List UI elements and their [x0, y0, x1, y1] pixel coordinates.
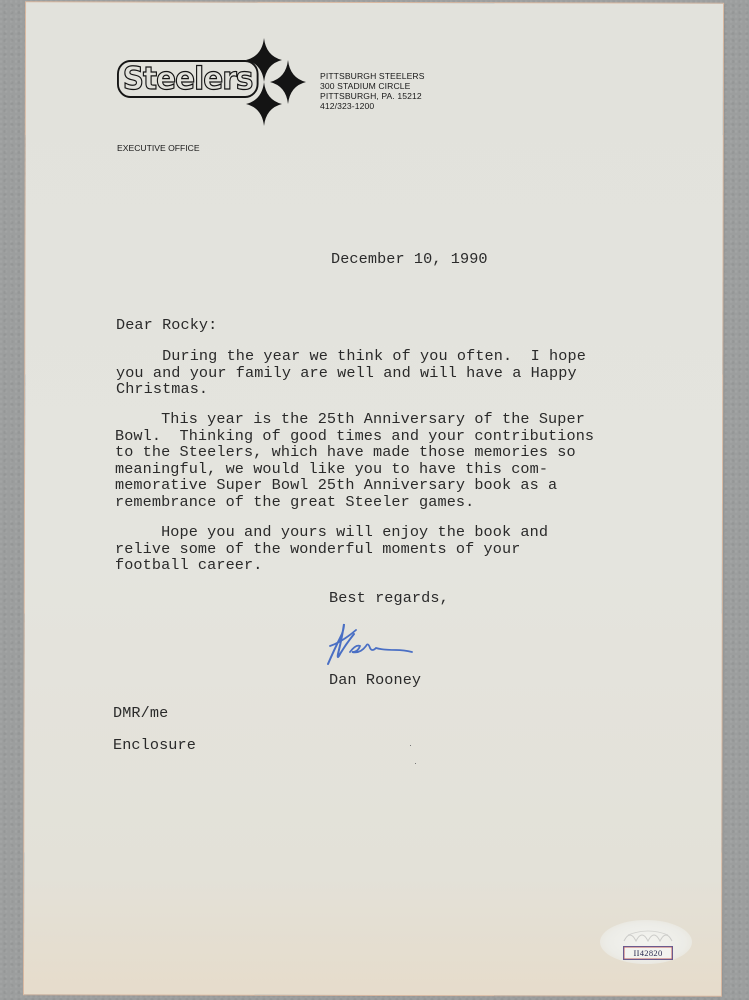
signer-name: Dan Rooney	[329, 672, 421, 689]
salutation: Dear Rocky:	[116, 317, 217, 334]
address-phone: 412/323-1200	[320, 101, 425, 111]
letter-date: December 10, 1990	[331, 251, 488, 268]
paper-speck	[410, 745, 411, 746]
closing: Best regards,	[329, 590, 449, 607]
paragraph-2: This year is the 25th Anniversary of the…	[115, 411, 594, 510]
hologram-pattern-icon	[622, 927, 674, 945]
paper-speck	[415, 763, 416, 764]
department-label: EXECUTIVE OFFICE	[117, 143, 200, 153]
authentication-id-label: II42820	[623, 946, 673, 960]
steelers-wordmark-logo: Steelers	[117, 60, 258, 98]
address-line: 300 STADIUM CIRCLE	[320, 81, 425, 91]
address-line: PITTSBURGH STEELERS	[320, 71, 425, 81]
paragraph-3: Hope you and yours will enjoy the book a…	[115, 524, 548, 574]
address-line: PITTSBURGH, PA. 15212	[320, 91, 425, 101]
letterhead-address: PITTSBURGH STEELERS 300 STADIUM CIRCLE P…	[320, 71, 425, 111]
handwritten-signature	[320, 620, 420, 670]
enclosure-note: Enclosure	[113, 737, 196, 754]
reference-initials: DMR/me	[113, 705, 168, 722]
steelers-hypocycloid-logo-icon	[238, 38, 308, 126]
paragraph-1: During the year we think of you often. I…	[116, 348, 586, 398]
